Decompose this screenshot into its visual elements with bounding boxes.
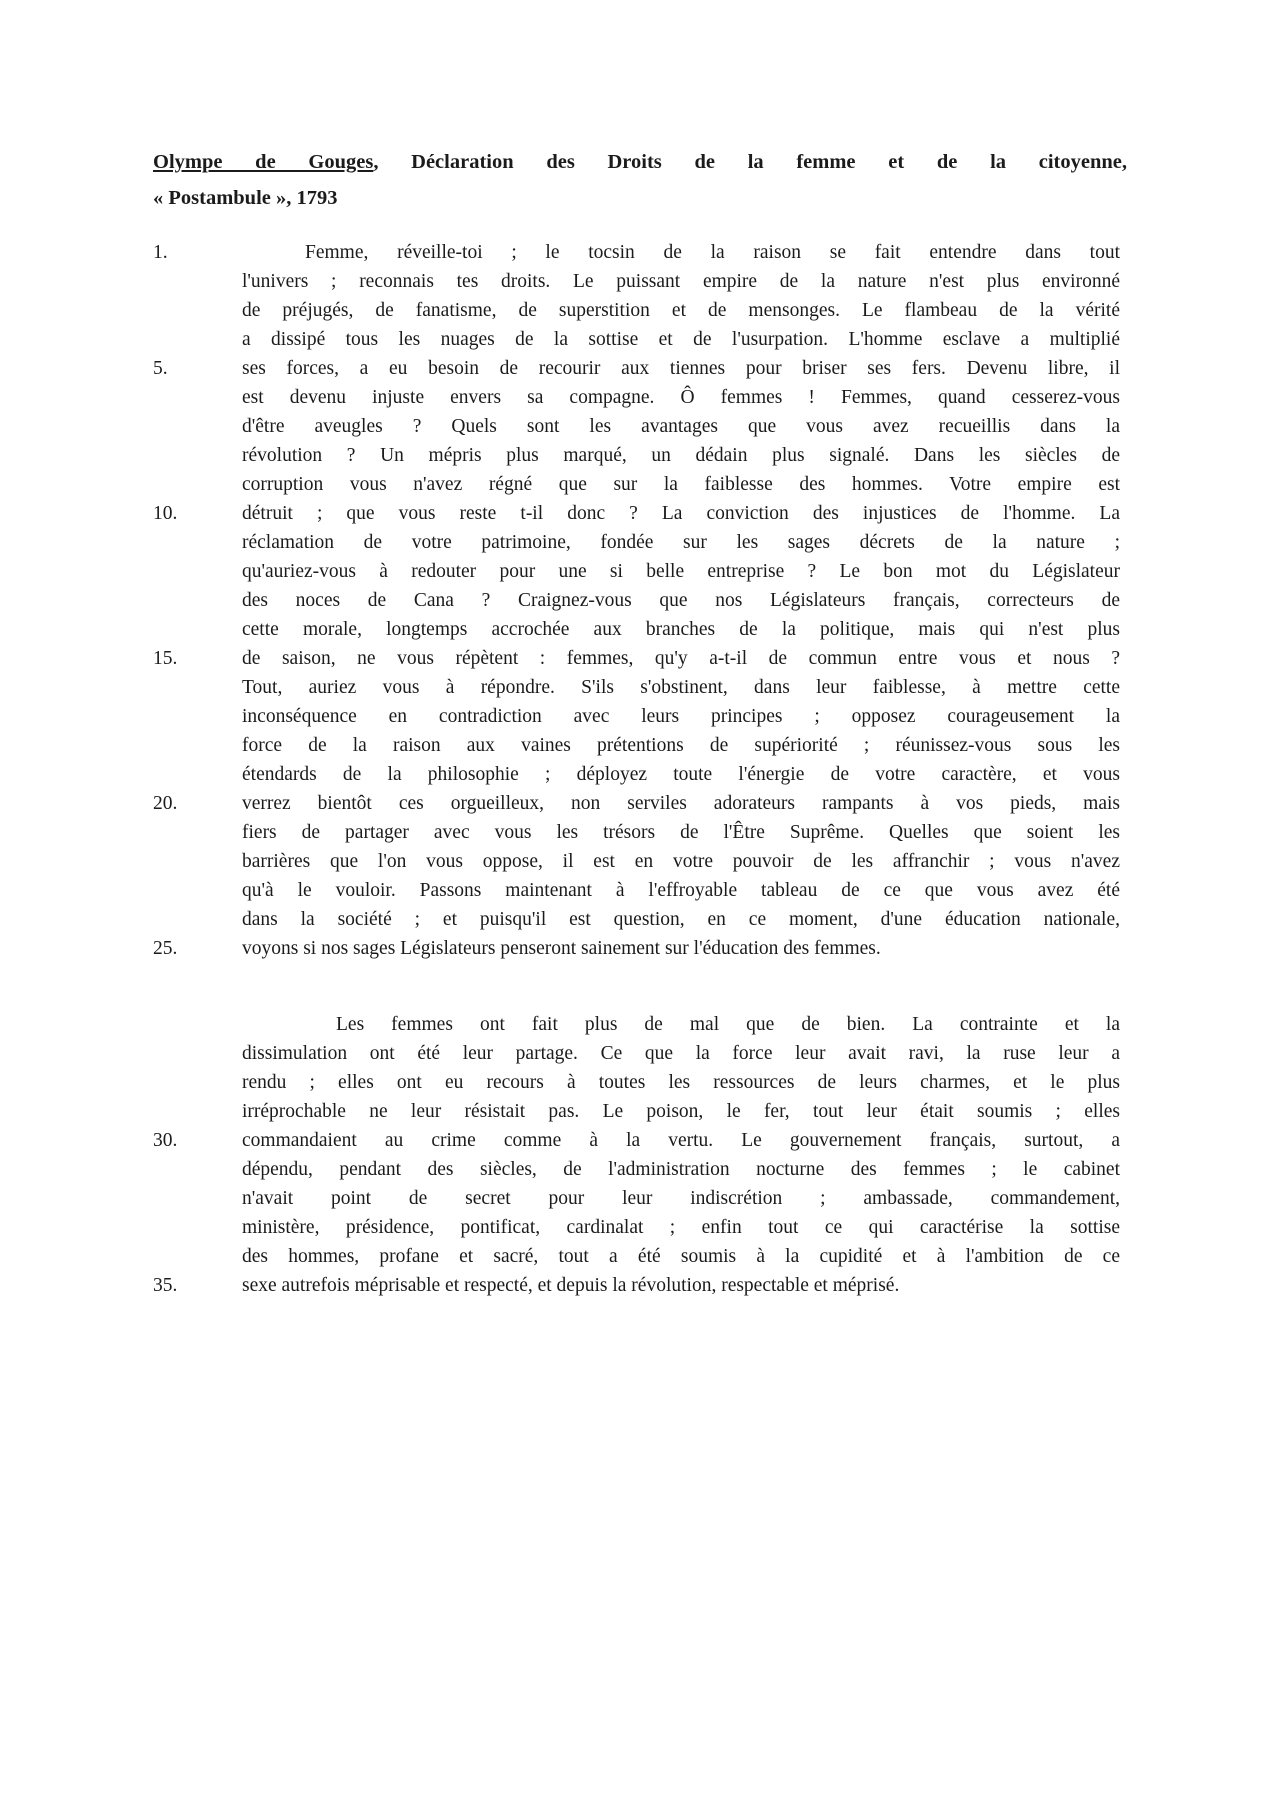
text-line-row: n'avait point de secret pour leur indisc… — [153, 1184, 1120, 1213]
line-text: Les femmes ont fait plus de mal que de b… — [242, 1010, 1120, 1039]
line-text: sexe autrefois méprisable et respecté, e… — [242, 1271, 1120, 1300]
line-text: réclamation de votre patrimoine, fondée … — [242, 528, 1120, 557]
text-line-row: 25.voyons si nos sages Législateurs pens… — [153, 934, 1120, 963]
text-line-row: 20.verrez bientôt ces orgueilleux, non s… — [153, 789, 1120, 818]
line-number: 35. — [153, 1271, 177, 1300]
text-line-row: Les femmes ont fait plus de mal que de b… — [153, 1010, 1120, 1039]
text-line-row: rendu ; elles ont eu recours à toutes le… — [153, 1068, 1120, 1097]
text-line-row: a dissipé tous les nuages de la sottise … — [153, 325, 1120, 354]
text-line-row: est devenu injuste envers sa compagne. Ô… — [153, 383, 1120, 412]
text-line-row: ministère, présidence, pontificat, cardi… — [153, 1213, 1120, 1242]
line-number: 1. — [153, 238, 168, 267]
text-line-row: qu'à le vouloir. Passons maintenant à l'… — [153, 876, 1120, 905]
text-line-row: fiers de partager avec vous les trésors … — [153, 818, 1120, 847]
line-text: inconséquence en contradiction avec leur… — [242, 702, 1120, 731]
text-line-row: 35.sexe autrefois méprisable et respecté… — [153, 1271, 1120, 1300]
line-text: qu'à le vouloir. Passons maintenant à l'… — [242, 876, 1120, 905]
line-number: 15. — [153, 644, 177, 673]
text-line-row: des noces de Cana ? Craignez-vous que no… — [153, 586, 1120, 615]
line-text: barrières que l'on vous oppose, il est e… — [242, 847, 1120, 876]
line-number: 25. — [153, 934, 177, 963]
text-line-row: force de la raison aux vaines prétention… — [153, 731, 1120, 760]
line-text: est devenu injuste envers sa compagne. Ô… — [242, 383, 1120, 412]
text-line-row: corruption vous n'avez régné que sur la … — [153, 470, 1120, 499]
line-text: irréprochable ne leur résistait pas. Le … — [242, 1097, 1120, 1126]
line-text: dissimulation ont été leur partage. Ce q… — [242, 1039, 1120, 1068]
line-text: ses forces, a eu besoin de recourir aux … — [242, 354, 1120, 383]
line-text: de préjugés, de fanatisme, de superstiti… — [242, 296, 1120, 325]
line-text: des noces de Cana ? Craignez-vous que no… — [242, 586, 1120, 615]
text-line-row: l'univers ; reconnais tes droits. Le pui… — [153, 267, 1120, 296]
line-text: Tout, auriez vous à répondre. S'ils s'ob… — [242, 673, 1120, 702]
text-line-row: 30.commandaient au crime comme à la vert… — [153, 1126, 1120, 1155]
line-text: révolution ? Un mépris plus marqué, un d… — [242, 441, 1120, 470]
line-text: rendu ; elles ont eu recours à toutes le… — [242, 1068, 1120, 1097]
text-line-row: irréprochable ne leur résistait pas. Le … — [153, 1097, 1120, 1126]
paragraph-1: 1.Femme, réveille-toi ; le tocsin de la … — [153, 238, 1120, 963]
text-line-row: de préjugés, de fanatisme, de superstiti… — [153, 296, 1120, 325]
text-line-row: dépendu, pendant des siècles, de l'admin… — [153, 1155, 1120, 1184]
line-text: verrez bientôt ces orgueilleux, non serv… — [242, 789, 1120, 818]
line-text: a dissipé tous les nuages de la sottise … — [242, 325, 1120, 354]
text-line-row: 10.détruit ; que vous reste t-il donc ? … — [153, 499, 1120, 528]
title-line-1: Olympe de Gouges, Déclaration des Droits… — [153, 144, 1127, 180]
text-line-row: 15.de saison, ne vous répètent : femmes,… — [153, 644, 1120, 673]
line-text: voyons si nos sages Législateurs pensero… — [242, 934, 1120, 963]
line-text: dépendu, pendant des siècles, de l'admin… — [242, 1155, 1120, 1184]
text-line-row: qu'auriez-vous à redouter pour une si be… — [153, 557, 1120, 586]
text-line-row: dans la société ; et puisqu'il est quest… — [153, 905, 1120, 934]
text-line-row: 1.Femme, réveille-toi ; le tocsin de la … — [153, 238, 1120, 267]
line-text: d'être aveugles ? Quels sont les avantag… — [242, 412, 1120, 441]
line-text: Femme, réveille-toi ; le tocsin de la ra… — [242, 238, 1120, 267]
line-number: 30. — [153, 1126, 177, 1155]
text-line-row: Tout, auriez vous à répondre. S'ils s'ob… — [153, 673, 1120, 702]
text-line-row: d'être aveugles ? Quels sont les avantag… — [153, 412, 1120, 441]
line-number: 20. — [153, 789, 177, 818]
line-text: des hommes, profane et sacré, tout a été… — [242, 1242, 1120, 1271]
line-text: cette morale, longtemps accrochée aux br… — [242, 615, 1120, 644]
line-text: qu'auriez-vous à redouter pour une si be… — [242, 557, 1120, 586]
line-text: de saison, ne vous répètent : femmes, qu… — [242, 644, 1120, 673]
title-rest: , Déclaration des Droits de la femme et … — [373, 151, 1127, 173]
line-text: n'avait point de secret pour leur indisc… — [242, 1184, 1120, 1213]
line-text: commandaient au crime comme à la vertu. … — [242, 1126, 1120, 1155]
paragraph-2: Les femmes ont fait plus de mal que de b… — [153, 1010, 1120, 1300]
text-line-row: étendards de la philosophie ; déployez t… — [153, 760, 1120, 789]
line-text: détruit ; que vous reste t-il donc ? La … — [242, 499, 1120, 528]
text-line-row: inconséquence en contradiction avec leur… — [153, 702, 1120, 731]
text-line-row: cette morale, longtemps accrochée aux br… — [153, 615, 1120, 644]
line-number: 10. — [153, 499, 177, 528]
text-line-row: réclamation de votre patrimoine, fondée … — [153, 528, 1120, 557]
line-text: ministère, présidence, pontificat, cardi… — [242, 1213, 1120, 1242]
text-line-row: barrières que l'on vous oppose, il est e… — [153, 847, 1120, 876]
author-name: Olympe de Gouges — [153, 151, 373, 173]
line-text: force de la raison aux vaines prétention… — [242, 731, 1120, 760]
document-title: Olympe de Gouges, Déclaration des Droits… — [153, 144, 1127, 216]
text-line-row: 5.ses forces, a eu besoin de recourir au… — [153, 354, 1120, 383]
line-text: dans la société ; et puisqu'il est quest… — [242, 905, 1120, 934]
line-text: l'univers ; reconnais tes droits. Le pui… — [242, 267, 1120, 296]
text-line-row: des hommes, profane et sacré, tout a été… — [153, 1242, 1120, 1271]
text-line-row: révolution ? Un mépris plus marqué, un d… — [153, 441, 1120, 470]
line-text: corruption vous n'avez régné que sur la … — [242, 470, 1120, 499]
text-line-row: dissimulation ont été leur partage. Ce q… — [153, 1039, 1120, 1068]
line-number: 5. — [153, 354, 168, 383]
title-line-2: « Postambule », 1793 — [153, 180, 1127, 216]
document-page: Olympe de Gouges, Déclaration des Droits… — [0, 0, 1280, 1811]
line-text: étendards de la philosophie ; déployez t… — [242, 760, 1120, 789]
line-text: fiers de partager avec vous les trésors … — [242, 818, 1120, 847]
